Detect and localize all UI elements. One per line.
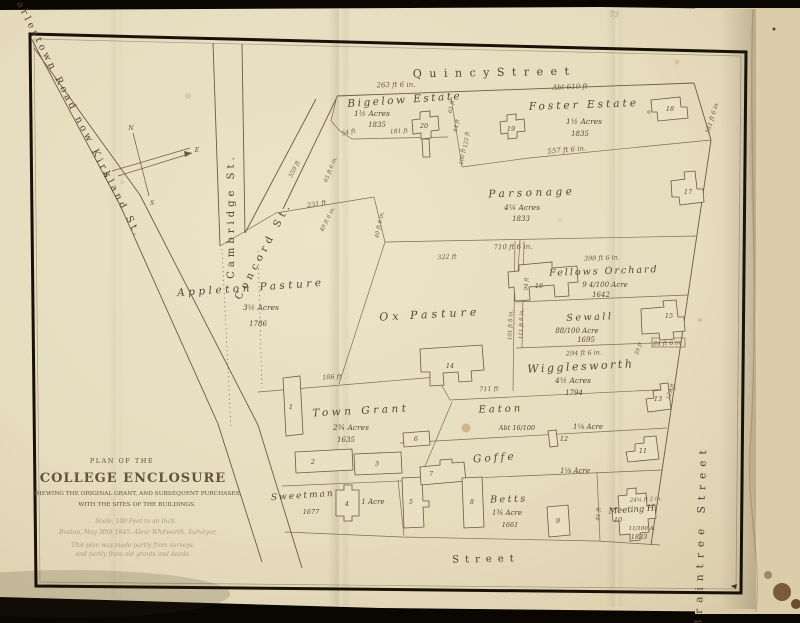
parcel-fellows-year: 1642 [592, 291, 610, 299]
building-number-13: 13 [654, 395, 662, 403]
measurement-ox-east-b: 111 ft 8 in. [518, 308, 525, 339]
building-number-6: 6 [414, 435, 418, 443]
measurement-town-grant-top: 186 ft [322, 372, 342, 381]
street-label-south: Street [452, 553, 520, 565]
fold-crease-left [108, 9, 124, 599]
compass-n-label: N [127, 125, 134, 132]
building-number-5: 5 [409, 498, 413, 506]
title-note2: and partly from old grants and deeds. [75, 551, 190, 558]
title-college-enclosure: COLLEGE ENCLOSURE [40, 471, 226, 486]
parcel-town-grant-year: 1635 [337, 436, 355, 444]
page-corner-number: 73 [610, 11, 619, 19]
parcel-sewall-acreage: 88/100 Acre [555, 327, 598, 335]
compass-s-label: S [150, 200, 154, 207]
building-number-11: 11 [639, 447, 647, 455]
building-number-9: 9 [556, 517, 560, 525]
building-number-12: 12 [560, 435, 568, 443]
building-number-3: 3 [375, 460, 379, 468]
measurement-fellows-west: 94 ft [524, 277, 531, 291]
parcel-foster-year: 1835 [571, 130, 589, 138]
parcel-foster-acreage: 1½ Acres [566, 117, 602, 126]
building-12 [548, 430, 558, 447]
title-note1: This plan was made partly from surveys, [71, 542, 195, 549]
measurement-ox-east-a: 101 ft 8 in. [507, 309, 514, 340]
parcel-wigglesworth-acreage: 4½ Acres [554, 376, 591, 385]
parcel-eaton-acreage2: 1⅛ Acre [573, 423, 603, 431]
parcel-meeting-house-acreage: 11/100 A. [629, 526, 656, 532]
parcel-goffe-acreage: 1⅛ Acre [560, 467, 590, 475]
title-sub2: WITH THE SITES OF THE BUILDINGS. [78, 502, 195, 508]
page-curve-shadow [720, 9, 756, 609]
street-label-quincy: Q u i n c y S t r e e t [413, 65, 571, 81]
measurement-sewall-south: 294 ft 6 in. [565, 348, 602, 357]
title-sub1: SHEWING THE ORIGINAL GRANT, AND SUBSEQUE… [33, 491, 242, 497]
page-speck [773, 28, 776, 31]
parcel-meeting-house-year: 1833 [631, 533, 648, 541]
building-number-16: 16 [535, 282, 543, 290]
building-number-18: 18 [666, 105, 674, 113]
parcel-town-grant-acreage: 2¾ Acres [332, 423, 369, 432]
building-number-17: 17 [684, 188, 693, 196]
measurement-fellows-top: 398 ft 6 in. [584, 253, 620, 262]
building-number-4: 4 [344, 500, 349, 508]
building-number-15: 15 [665, 312, 673, 320]
measurement-parsonage-south: 710 ft 6 in. [493, 243, 532, 252]
building-number-19: 19 [507, 125, 515, 133]
building-number-8: 8 [470, 498, 474, 506]
measurement-ox-south: 711 ft [479, 385, 499, 394]
parcel-bigelow-year: 1835 [368, 121, 386, 129]
building-number-10: 10 [614, 516, 622, 524]
parcel-betts-year: 1661 [502, 521, 519, 529]
title-scale: Scale, 100 Feet to an Inch. [95, 518, 177, 525]
title-credit: Boston, May 30th 1845. Alexr Whitworth, … [58, 529, 217, 536]
parcel-eaton-acreage: Abt 16/100 [498, 424, 535, 432]
parcel-fellows-acreage: 9 4/100 Acre [582, 281, 628, 289]
parcel-appleton-year: 1786 [249, 320, 267, 328]
building-number-2: 2 [310, 458, 315, 466]
building-number-20: 20 [419, 122, 428, 130]
parcel-parsonage-acreage: 4¼ Acres [503, 203, 540, 212]
parcel-sewall-year: 1695 [577, 336, 595, 344]
building-number-1: 1 [289, 403, 293, 411]
compass-e-label: E [194, 147, 200, 154]
title-plan-of: PLAN OF THE [90, 457, 154, 465]
measurement-meeting-west: 81 ft [596, 507, 603, 521]
building-20-annex [422, 139, 430, 157]
measurement-parsonage-sw: 322 ft [437, 253, 457, 262]
parcel-betts-name: Betts [489, 493, 528, 505]
parcel-bigelow-acreage: 1½ Acres [354, 109, 390, 118]
parcel-sewall-name: Sewall [566, 311, 613, 324]
building-number-14: 14 [446, 362, 454, 370]
parcel-appleton-acreage: 3½ Acres [243, 303, 279, 312]
parcel-sweetman-acreage: 1 Acre [361, 498, 384, 506]
street-label-cambridge: Cambridge St. [226, 153, 237, 278]
measurement-bigelow-s2: 181 ft [390, 128, 409, 136]
parcel-parsonage-year: 1833 [512, 215, 530, 223]
parcel-eaton-name: Eaton [477, 403, 523, 416]
measurement-foster-top: Abt 610 ft [551, 82, 588, 91]
building-2 [295, 449, 353, 473]
parcel-betts-acreage: 1¾ Acre [492, 509, 522, 517]
scanned-map-photo: N S E W 1 2 3 4 5 6 7 8 9 [0, 0, 800, 623]
measurement-sewall-east: 84 ft 6 in. [653, 339, 683, 347]
measurement-quincy-south: 263 ft 6 in. [375, 81, 415, 90]
parcel-wigglesworth-year: 1794 [565, 389, 583, 397]
parcel-sweetman-year: 1677 [303, 508, 320, 516]
